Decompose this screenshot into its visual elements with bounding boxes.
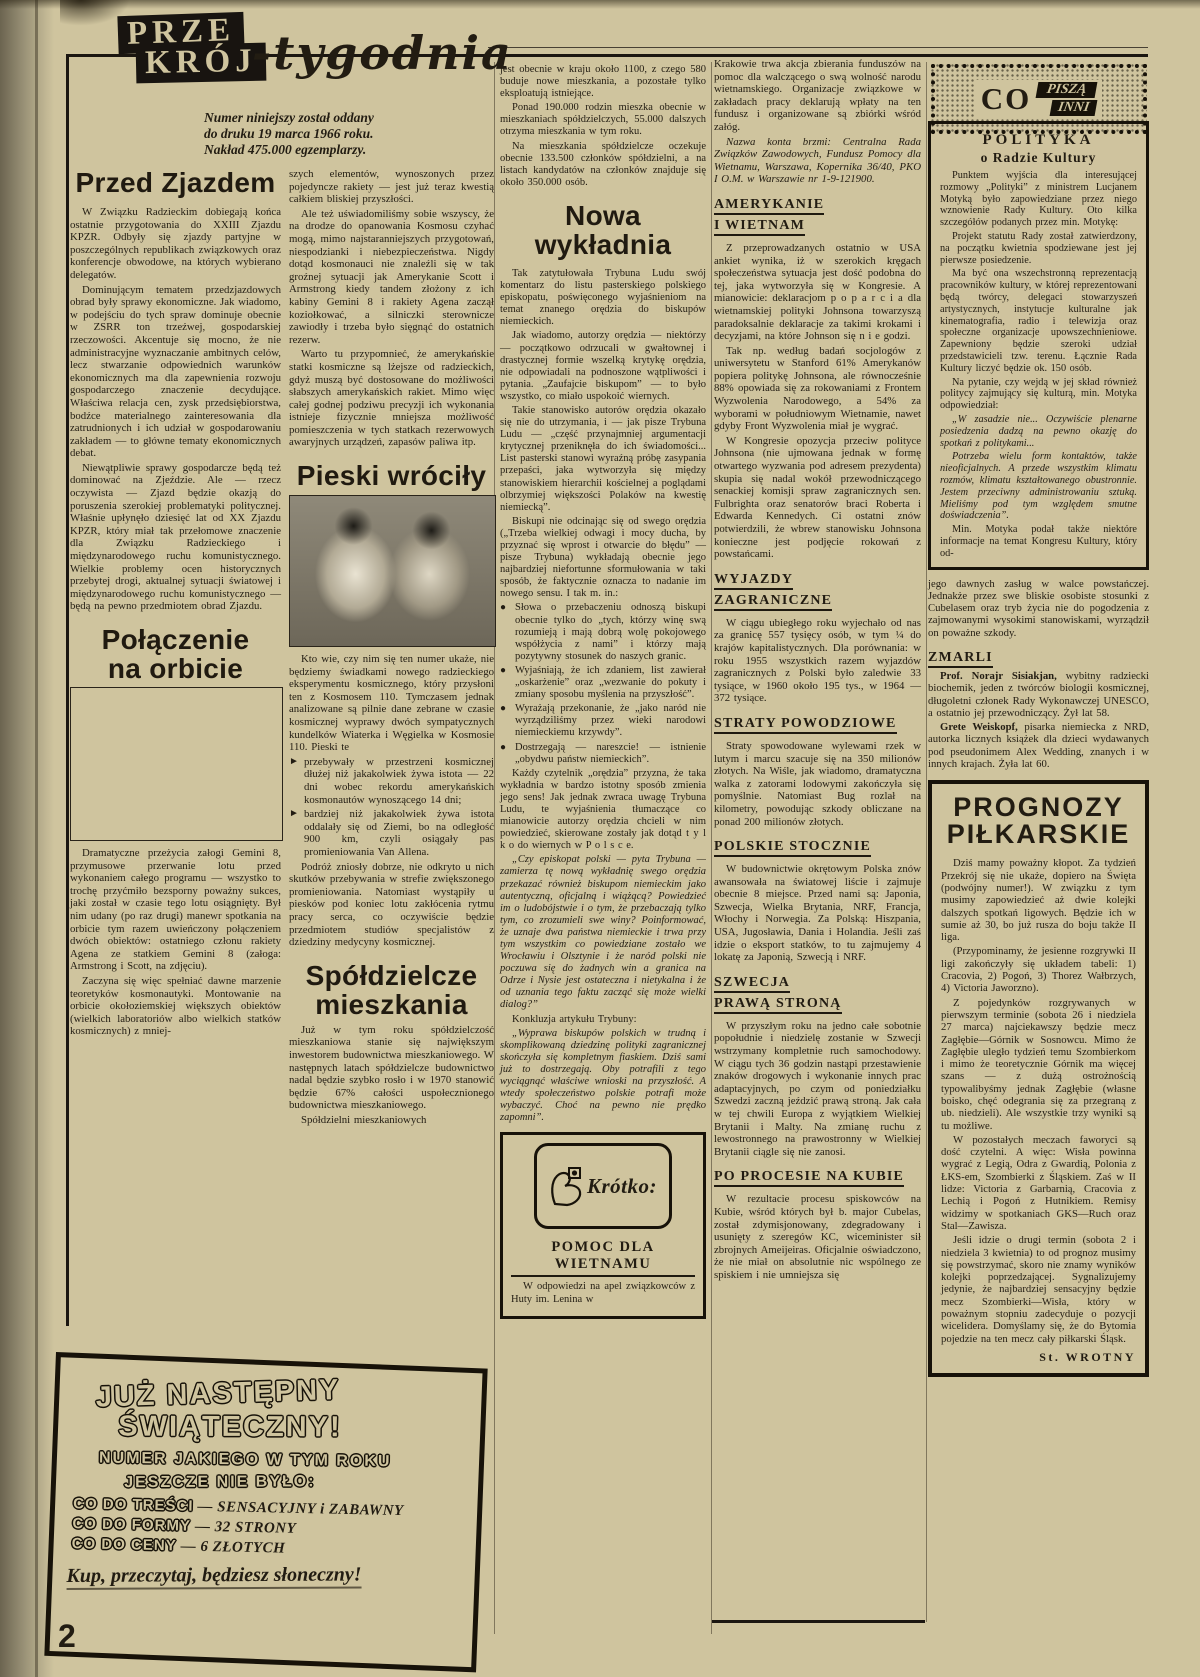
author-signature: St. WROTNY <box>941 1350 1136 1365</box>
promo-row-key: CO DO TREŚCI <box>73 1495 194 1515</box>
paragraph: Ale też uświadomiliśmy sobie wszyscy, że… <box>289 208 494 347</box>
dot-bullet-icon: ● <box>500 703 506 715</box>
paragraph: Nazwa konta brzmi: Centralna Rada Związk… <box>714 136 921 186</box>
scan-edge-left <box>0 0 54 1677</box>
next-issue-promo-box: JUŻ NASTĘPNY ŚWIĄTECZNY! NUMER JAKIEGO W… <box>44 1352 487 1672</box>
print-note-line: Numer niniejszy został oddany <box>204 110 484 126</box>
logo-bottom-block: KRÓJ <box>136 43 266 84</box>
paragraph: Krakowie trwa akcja zbierania funduszów … <box>714 58 921 134</box>
dot-bullet-icon: ● <box>500 602 506 614</box>
paragraph: W Kongresie opozycja przeciw polityce Jo… <box>714 435 921 561</box>
title-line: mieszkania <box>289 990 494 1019</box>
paragraph: Biskupi nie odcinając się od swego orędz… <box>500 516 706 601</box>
promo-subtitle-line: JESZCZE NIE BYŁO: <box>124 1472 466 1492</box>
promo-title-line: JUŻ NASTĘPNY <box>95 1370 470 1415</box>
bullet-text: przebywały w przestrzeni kosmicznej dłuż… <box>304 756 494 806</box>
krotko-label: Krótko: <box>587 1174 657 1199</box>
scan-edge-line <box>35 0 38 1677</box>
paragraph: W rezultacie procesu spiskowców na Kubie… <box>714 1193 921 1281</box>
section-title-stocznie: POLSKIE STOCZNIE <box>714 838 921 857</box>
bullet-text: Słowa o przebaczeniu odnoszą biskupi obe… <box>515 602 706 661</box>
scan-edge-top <box>0 0 1200 9</box>
title-line: PIŁKARSKIE <box>941 821 1136 848</box>
obituary-paragraph: Prof. Norajr Sisiakjan, wybitny radzieck… <box>928 670 1149 719</box>
bottom-rule <box>712 1620 925 1623</box>
title-line: AMERYKANIE <box>714 196 824 215</box>
paragraph: W odpowiedzi na apel związkowców z Huty … <box>511 1281 695 1305</box>
paragraph: Punktem wyjścia dla interesującej rozmow… <box>940 170 1137 229</box>
pisza-chip: PISZĄ <box>1036 82 1098 98</box>
top-frame-rule-thin <box>488 47 1148 48</box>
bullet-item: ●Wyrażają przekonanie, że „jako naród ni… <box>500 703 706 739</box>
title-line: PO PROCESIE NA KUBIE <box>714 1168 904 1187</box>
promo-row-value: — 6 ZŁOTYCH <box>180 1538 285 1556</box>
paragraph: Dziś mamy poważny kłopot. Za tydzień Prz… <box>941 857 1136 943</box>
paragraph: Na pytanie, czy wejdą w jej skład równie… <box>940 377 1137 412</box>
left-frame-rule <box>66 54 69 1326</box>
paragraph: Na mieszkania spółdzielcze oczekuje obec… <box>500 141 706 189</box>
przekroj-logo: PRZE KRÓJ <box>118 14 266 82</box>
title-line: SZWECJA <box>714 974 790 993</box>
promo-title-line: ŚWIĄTECZNY! <box>118 1411 468 1445</box>
column-1: Przed Zjazdem W Związku Radzieckim dobie… <box>70 168 281 1040</box>
polityka-subtitle: o Radzie Kultury <box>940 150 1137 166</box>
promo-row-value: — 32 STRONY <box>195 1519 297 1537</box>
column-4: Krakowie trwa akcja zbierania funduszów … <box>714 58 921 1284</box>
bullet-item: ●Wyjaśniają, że ich zdaniem, list zawier… <box>500 665 706 701</box>
space-dogs-photo <box>289 495 496 647</box>
promo-row-value: — SENSACYJNY i ZABAWNY <box>197 1499 403 1519</box>
arrow-bullet-icon: ► <box>289 808 299 821</box>
paragraph: Tak zatytułowała Trybuna Ludu swój komen… <box>500 268 706 328</box>
newspaper-page: PRZE KRÓJ -tygodnia Numer niniejszy zost… <box>0 0 1200 1677</box>
paragraph: jego dawnych zasług w walce powstańczej.… <box>928 578 1149 639</box>
paragraph: Warto tu przypomnieć, że amerykańskie st… <box>289 348 494 449</box>
title-line: Połączenie <box>70 625 281 654</box>
title-line: POLSKIE STOCZNIE <box>714 838 871 857</box>
bullet-text: bardziej niż jakakolwiek żywa istota odd… <box>304 808 494 858</box>
paragraph: (Przypominamy, że jesienne rozgrywki II … <box>941 945 1136 994</box>
co-word: CO <box>981 81 1032 117</box>
title-line: na orbicie <box>70 654 281 683</box>
paragraph: Min. Motyka podał także niektóre informa… <box>940 524 1137 559</box>
paragraph: Straty spowodowane wylewami rzek w lutym… <box>714 740 921 828</box>
paragraph: Z przeprowadzanych ostatnio w USA ankiet… <box>714 242 921 343</box>
title-line: STRATY POWODZIOWE <box>714 715 897 734</box>
krotko-logo: Krótko: <box>534 1143 672 1229</box>
bullet-text: Wyrażają przekonanie, że „jako naród nie… <box>515 703 706 738</box>
article-title-spoldzielcze: Spółdzielcze mieszkania <box>289 961 494 1019</box>
inni-chip: INNI <box>1050 100 1098 116</box>
paragraph: Tak np. według badań socjologów z uniwer… <box>714 345 921 433</box>
title-line: WYJAZDY <box>714 571 793 590</box>
article-title-pieski: Pieski wróciły <box>289 461 494 490</box>
article-title-przed-zjazdem: Przed Zjazdem <box>70 168 281 197</box>
dot-bullet-icon: ● <box>500 665 506 677</box>
section-title-pomoc: POMOC DLA WIETNAMU <box>511 1239 695 1277</box>
paragraph: Kto wie, czy nim się ten numer ukaże, ni… <box>289 653 494 754</box>
co-pisza-inni-inner: CO PISZĄ INNI <box>975 80 1103 118</box>
paragraph: „W zasadzie nie... Oczywiście plenarne p… <box>940 414 1137 449</box>
tygodnia-script-title: -tygodnia <box>252 26 513 80</box>
paragraph: Z pojedynków rozgrywanych w pierwszym te… <box>941 997 1136 1132</box>
photo-caption-paragraph: Dramatyczne przeżycia załogi Gemini 8, p… <box>70 847 281 973</box>
paragraph: W Związku Radzieckim dobiegają końca ost… <box>70 206 281 282</box>
article-title-prognozy: PROGNOZY PIŁKARSKIE <box>941 794 1136 848</box>
column-2: szych elementów, wynoszonych przez pojed… <box>289 168 494 1128</box>
polityka-kicker: POLITYKA <box>940 132 1137 149</box>
arrow-bullet-icon: ► <box>289 756 299 769</box>
paragraph: Jeśli idzie o drugi termin (sobota 2 i n… <box>941 1234 1136 1345</box>
paragraph: Ponad 190.000 rodzin mieszka obecnie w m… <box>500 102 706 138</box>
paragraph: W budownictwie okrętowym Polska znów awa… <box>714 863 921 964</box>
obituary-paragraph: Grete Weiskopf, pisarka niemiecka z NRD,… <box>928 721 1149 770</box>
title-line: I WIETNAM <box>714 217 805 236</box>
paragraph: Ma być ona wszechstronną reprezentacją p… <box>940 268 1137 374</box>
article-title-polaczenie: Połączenie na orbicie <box>70 625 281 683</box>
polityka-box: POLITYKA o Radzie Kultury Punktem wyjści… <box>928 121 1149 570</box>
paragraph: Dominującym tematem przedzjazdowych obra… <box>70 284 281 460</box>
paragraph: W pozostałych meczach faworyci są dość c… <box>941 1134 1136 1232</box>
co-pisza-inni-logo: CO PISZĄ INNI <box>931 64 1147 134</box>
paragraph: Projekt statutu Rady został zatwierdzony… <box>940 231 1137 266</box>
bullet-item: ●Słowa o przebaczeniu odnoszą biskupi ob… <box>500 602 706 662</box>
print-note-line: Nakład 475.000 egzemplarzy. <box>204 142 484 158</box>
paragraph: W ciągu ubiegłego roku wyjechało od nas … <box>714 617 921 705</box>
column-divider <box>494 62 495 1634</box>
section-title-szwecja: SZWECJA PRAWĄ STRONĄ <box>714 974 921 1014</box>
title-line: Spółdzielcze <box>289 961 494 990</box>
title-line: ZMARLI <box>928 649 993 668</box>
bullet-text: Wyjaśniają, że ich zdaniem, list zawiera… <box>515 665 706 700</box>
paragraph: Takie stanowisko autorów orędzia okazało… <box>500 405 706 514</box>
bullet-text: Dostrzegają — nareszcie! — istnienie „ob… <box>515 742 706 765</box>
paragraph: Spółdzielni mieszkaniowych <box>289 1114 494 1127</box>
title-line: PROGNOZY <box>941 794 1136 821</box>
title-line: PRAWĄ STRONĄ <box>714 995 842 1014</box>
paragraph: Konkluzja artykułu Trybuny: <box>500 1014 706 1026</box>
co-pisza-chips: PISZĄ INNI <box>1037 82 1096 116</box>
paragraph: Niewątpliwie sprawy gospodarcze będą też… <box>70 462 281 613</box>
paragraph: Jak wiadomo, autorzy orędzia — niektórzy… <box>500 330 706 403</box>
paragraph: „Czy episkopat polski — pyta Trybuna — z… <box>500 854 706 1011</box>
paragraph: szych elementów, wynoszonych przez pojed… <box>289 168 494 206</box>
print-note-line: do druku 19 marca 1966 roku. <box>204 126 484 142</box>
column-divider <box>711 62 712 1634</box>
gemini-crew-photo <box>70 687 283 841</box>
paragraph: Potrzeba wielu form kontaktów, także nie… <box>940 451 1137 522</box>
column-divider <box>926 62 927 1622</box>
krotko-hand-doodle-icon <box>549 1164 585 1208</box>
section-title-kuba: PO PROCESIE NA KUBIE <box>714 1168 921 1187</box>
krotko-section-box: Krótko: POMOC DLA WIETNAMU W odpowiedzi … <box>500 1132 706 1318</box>
deceased-name: Grete Weiskopf, <box>940 721 1018 733</box>
column-3: jest obecnie w kraju około 1100, z czego… <box>500 64 706 1319</box>
paragraph: Już w tym roku spółdzielczość mieszkanio… <box>289 1024 494 1112</box>
article-title-nowa-wykladnia: Nowa wykładnia <box>500 201 706 259</box>
print-note: Numer niniejszy został oddany do druku 1… <box>204 110 484 158</box>
paragraph: Podróż zniosły dobrze, nie odkryto u nic… <box>289 861 494 949</box>
section-title-amerykanie: AMERYKANIE I WIETNAM <box>714 196 921 236</box>
paragraph: jest obecnie w kraju około 1100, z czego… <box>500 64 706 100</box>
section-title-zmarli: ZMARLI <box>928 649 1149 668</box>
promo-row-key: CO DO CENY <box>71 1535 176 1554</box>
promo-closing-line: Kup, przeczytaj, będziesz słoneczny! <box>66 1563 361 1590</box>
promo-subtitle-line: NUMER JAKIEGO W TYM ROKU <box>99 1450 467 1472</box>
title-line: ZAGRANICZNE <box>714 592 832 611</box>
prognozy-box: PROGNOZY PIŁKARSKIE Dziś mamy poważny kł… <box>928 780 1149 1377</box>
paragraph: Każdy czytelnik „orędzia” przyzna, że ta… <box>500 768 706 853</box>
deceased-name: Prof. Norajr Sisiakjan, <box>940 670 1057 682</box>
dot-bullet-icon: ● <box>500 742 506 754</box>
promo-row-key: CO DO FORMY <box>72 1515 191 1534</box>
paragraph: „Wyprawa biskupów polskich w trudną i sk… <box>500 1028 706 1125</box>
column-5: CO PISZĄ INNI POLITYKA o Radzie Kultury … <box>928 60 1149 1377</box>
paragraph: W przyszłym roku na jedno całe sobotnie … <box>714 1020 921 1159</box>
section-title-wyjazdy: WYJAZDY ZAGRANICZNE <box>714 571 921 611</box>
bullet-item: ►przebywały w przestrzeni kosmicznej dłu… <box>289 756 494 806</box>
bullet-item: ►bardziej niż jakakolwiek żywa istota od… <box>289 808 494 858</box>
section-title-straty: STRATY POWODZIOWE <box>714 715 921 734</box>
bullet-item: ●Dostrzegają — nareszcie! — istnienie „o… <box>500 742 706 766</box>
paragraph: Zaczyna się więc spełniać dawne marzenie… <box>70 975 281 1038</box>
